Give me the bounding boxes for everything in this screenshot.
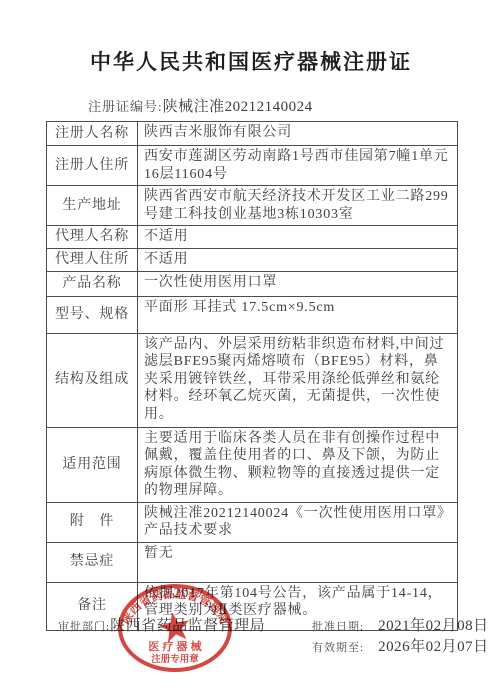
field-value: 暂无 (138, 542, 458, 582)
registration-number-value: 陕械注准20212140024 (163, 99, 313, 115)
field-value: 主要适用于临床各类人员在非有创操作过程中佩戴，覆盖住使用者的口、鼻及下颌，为防止… (138, 427, 458, 502)
field-label: 代理人住所 (47, 248, 138, 271)
valid-until-label: 有效期至: (312, 642, 364, 654)
valid-until-value: 2026年02月07日 (378, 639, 489, 655)
page-title: 中华人民共和国医疗器械注册证 (0, 46, 502, 76)
field-value: 该产品内、外层采用纺粘非织造布材料,中间过滤层BFE95聚丙烯熔喷布（BFE95… (138, 333, 458, 427)
official-seal-stamp: 陕西省药品监督管理局 医 疗 器 械 注册专用章 (114, 581, 236, 677)
field-label: 适用范围 (47, 427, 138, 502)
certificate-table: 注册人名称 陕西吉米服饰有限公司 注册人住所 西安市莲湖区劳动南路1号西市佳园第… (46, 121, 458, 631)
field-label: 生产地址 (47, 186, 138, 226)
seal-registration-text: 注册专用章 (151, 653, 199, 665)
approval-date-line: 批准日期:2021年02月08日 (312, 614, 489, 635)
table-row: 注册人名称 陕西吉米服饰有限公司 (47, 122, 458, 146)
field-value: 一次性使用医用口罩 (138, 271, 458, 296)
field-value: 陕械注准20212140024《一次性使用医用口罩》产品技术要求 (138, 502, 458, 542)
field-label: 代理人名称 (47, 226, 138, 249)
field-value: 不适用 (138, 248, 458, 271)
approval-date-value: 2021年02月08日 (378, 618, 489, 634)
table-row: 代理人住所 不适用 (47, 248, 458, 271)
table-row: 结构及组成 该产品内、外层采用纺粘非织造布材料,中间过滤层BFE95聚丙烯熔喷布… (47, 333, 458, 427)
registration-number-label: 注册证编号: (88, 99, 163, 114)
table-row: 生产地址 陕西省西安市航天经济技术开发区工业二路299号建工科技创业基地3栋10… (47, 186, 458, 226)
seal-device-text: 医 疗 器 械 (148, 639, 202, 653)
field-value: 平面形 耳挂式 17.5cm×9.5cm (138, 296, 458, 333)
certificate-table-body: 注册人名称 陕西吉米服饰有限公司 注册人住所 西安市莲湖区劳动南路1号西市佳园第… (47, 122, 458, 631)
seal-graphic: 陕西省药品监督管理局 医 疗 器 械 注册专用章 (114, 581, 236, 677)
table-row: 禁忌症 暂无 (47, 542, 458, 582)
table-row: 附 件 陕械注准20212140024《一次性使用医用口罩》产品技术要求 (47, 502, 458, 542)
valid-until-line: 有效期至:2026年02月07日 (312, 635, 489, 656)
field-label: 注册人住所 (47, 146, 138, 186)
table-row: 注册人住所 西安市莲湖区劳动南路1号西市佳园第7幢1单元16层11604号 (47, 146, 458, 186)
field-label: 产品名称 (47, 271, 138, 296)
table-row: 适用范围 主要适用于临床各类人员在非有创操作过程中佩戴，覆盖住使用者的口、鼻及下… (47, 427, 458, 502)
field-value: 不适用 (138, 226, 458, 249)
approval-date-label: 批准日期: (312, 621, 364, 633)
field-label: 附 件 (47, 502, 138, 542)
field-value: 西安市莲湖区劳动南路1号西市佳园第7幢1单元16层11604号 (138, 146, 458, 186)
table-row: 产品名称 一次性使用医用口罩 (47, 271, 458, 296)
certificate-page: { "page": { "title": "中华人民共和国医疗器械注册证", "… (0, 0, 502, 697)
table-row: 型号、规格 平面形 耳挂式 17.5cm×9.5cm (47, 296, 458, 333)
field-label: 禁忌症 (47, 542, 138, 582)
seal-star-icon (159, 612, 189, 642)
table-row: 代理人名称 不适用 (47, 226, 458, 249)
approval-department-label: 审批部门: (58, 621, 110, 633)
field-label: 型号、规格 (47, 296, 138, 333)
field-label: 注册人名称 (47, 122, 138, 146)
field-value: 陕西省西安市航天经济技术开发区工业二路299号建工科技创业基地3栋10303室 (138, 186, 458, 226)
field-value: 陕西吉米服饰有限公司 (138, 122, 458, 146)
registration-number-line: 注册证编号:陕械注准20212140024 (88, 95, 313, 116)
field-label: 结构及组成 (47, 333, 138, 427)
